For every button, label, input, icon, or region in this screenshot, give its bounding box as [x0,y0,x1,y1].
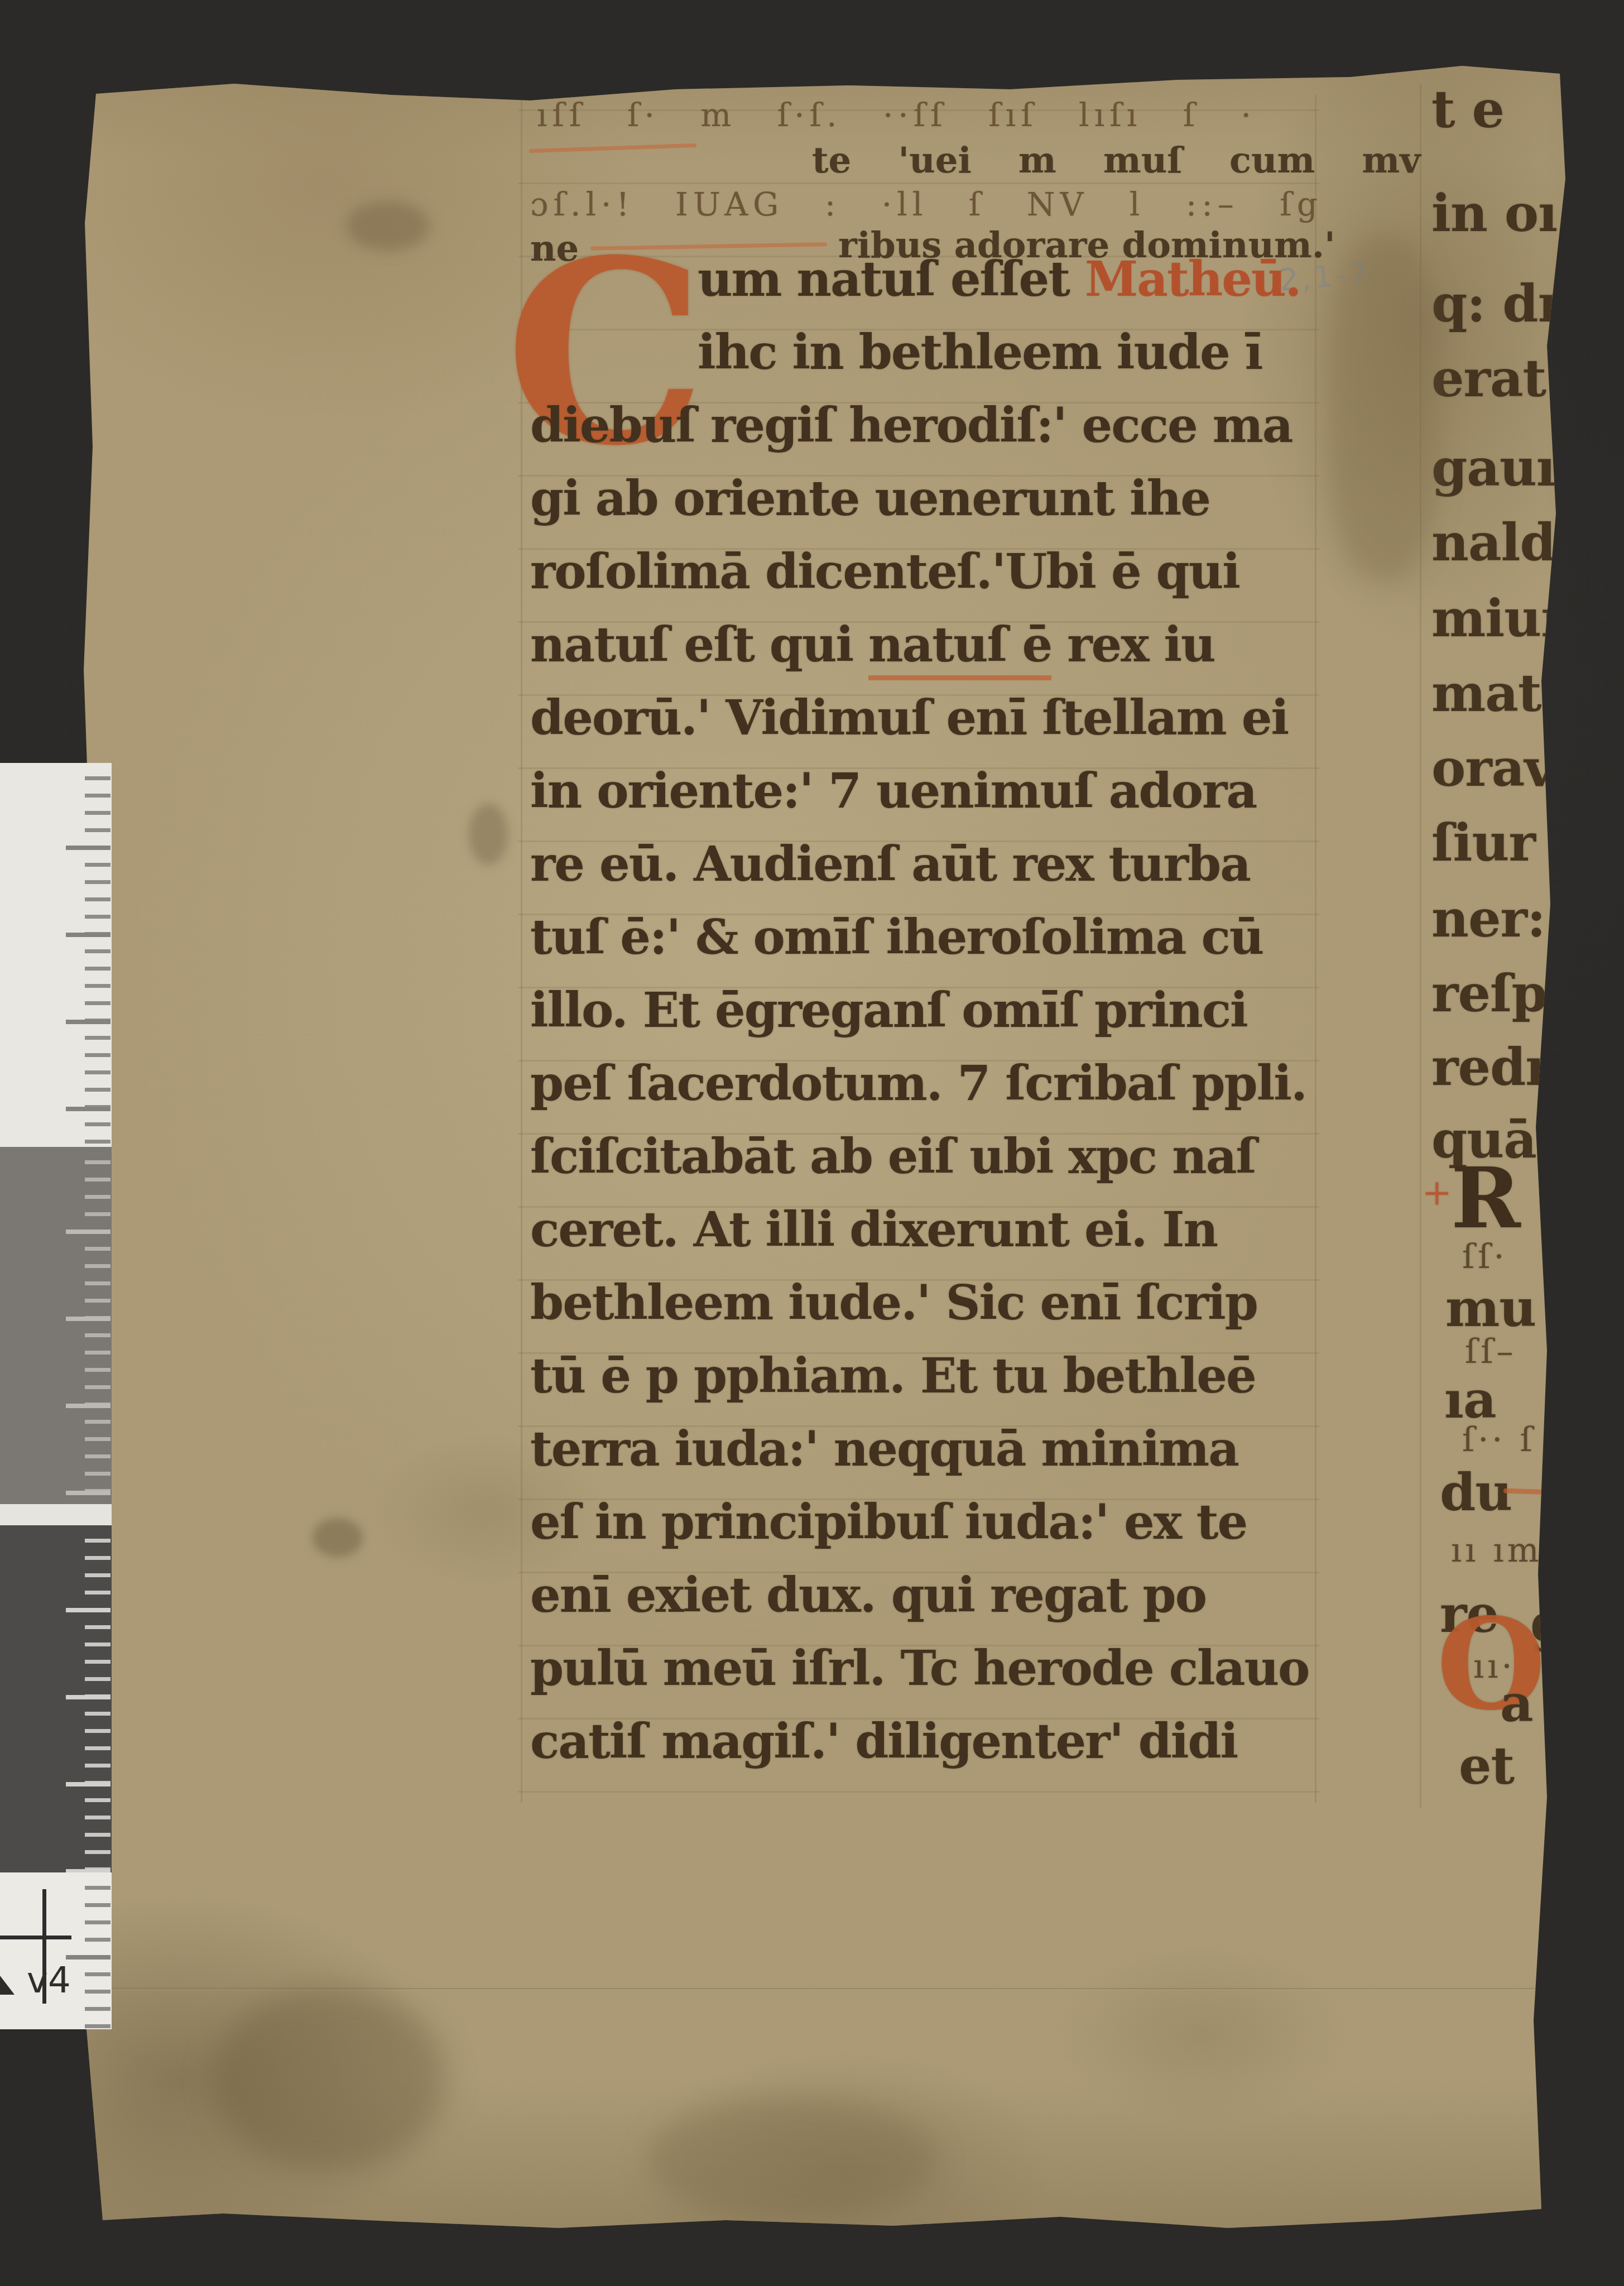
ruling-vertical-column2 [1420,84,1421,1808]
column-fragment: ıı ım [1451,1534,1543,1567]
column-fragment: ner: [1431,893,1545,944]
stain-spot [313,1518,363,1557]
text-line-segment: um natuſ eſſet [698,251,1085,308]
ruler-divider [0,1504,112,1525]
text-line: catiſ magiſ.' diligenter' didi [530,1718,1237,1766]
column-fragment: mat [1431,667,1541,719]
ruler-band-white-bottom [0,1872,112,2029]
text-line: terra iuda:' neqquā minima [530,1425,1238,1473]
column-fragment: ſſ· [1462,1240,1508,1274]
text-line-segment: terra iuda:' neqquā minima [530,1421,1238,1477]
text-line-segment: roſolimā dicenteſ.'Ubi ē qui [530,544,1239,600]
text-line-segment: tuſ ē:' & omīſ iheroſolima cū [530,909,1263,966]
red-staff-line-1 [529,143,696,153]
column-fragment: redı [1431,1041,1544,1093]
text-line-segment: natuſ eſt qui [530,617,868,673]
horizontal-crease [84,1988,1543,1990]
text-line: gi ab oriente uenerunt ihe [530,475,1210,523]
ruler-band-darkgray [0,1525,112,1872]
text-line: um natuſ eſſet Matheū. [698,256,1300,304]
ruler-major-ticks [66,1872,110,2029]
column-fragment: miuı [1431,593,1560,644]
text-line: bethleem iude.' Sic enī ſcrip [530,1279,1257,1327]
text-line: diebuſ regiſ herodiſ:' ecce ma [530,402,1292,450]
ruled-line [518,1791,1319,1793]
neume-line-1: ıſſ ſ· m ſ·ſ. ··ſſ ſıſ lıſı ſ · [537,96,1256,134]
text-line: ſciſcitabāt ab eiſ ubi xpc naſ [530,1133,1255,1181]
stain-patch [212,1987,446,2171]
text-line-segment: diebuſ regiſ herodiſ:' ecce ma [530,397,1292,454]
column-fragment: ſiur [1431,817,1535,868]
text-line-segment: tū ē p pphiam. Et tu bethleē [530,1348,1256,1404]
column-fragment: q: dı [1431,278,1557,329]
ruler-major-ticks [66,1147,110,1504]
text-line-segment: ſciſcitabāt ab eiſ ubi xpc naſ [530,1128,1255,1185]
responsory-initial-R: R [1451,1156,1520,1240]
stain-patch [647,2098,938,2221]
text-line-segment: deorū.' Vidimuſ enī ſtellam ei [530,690,1288,746]
rubric-heading: Matheū. [1085,251,1300,308]
column-fragment: a u [1500,1678,1587,1729]
manuscript-leaf: ıſſ ſ· m ſ·ſ. ··ſſ ſıſ lıſı ſ · te 'uei … [0,0,1624,2286]
photo-backdrop: ıſſ ſ· m ſ·ſ. ··ſſ ſıſ lıſı ſ · te 'uei … [0,0,1624,2286]
ruler-major-ticks [66,1525,110,1872]
text-line: in oriente:' 7 uenimuſ adora [530,767,1256,815]
ruled-line [518,183,1319,184]
text-line: enī exiet dux. qui regat po [530,1572,1206,1620]
text-line: tū ē p pphiam. Et tu bethleē [530,1352,1256,1400]
registration-crosshair-horizontal [0,1936,71,1939]
text-line-segment: ceret. At illi dixerunt ei. In [530,1202,1217,1258]
text-line: tuſ ē:' & omīſ iheroſolima cū [530,914,1263,962]
column-fragment: in oı [1431,188,1557,239]
column-fragment: t e [1431,84,1504,135]
ruler-version-label: v4 [27,1960,71,2001]
chant-text-line-1: te 'uei m muſ cum mv [812,140,1420,181]
text-line-segment: pulū meū iſrl. Tc herode clauo [530,1640,1309,1697]
text-line-segment: gi ab oriente uenerunt ihe [530,470,1210,527]
text-line-segment: illo. Et ēgreganſ omīſ princi [530,982,1247,1039]
column-fragment: orav [1431,742,1554,794]
text-line: ihc in bethleem iude ī [698,329,1262,377]
column-fragment: nald [1431,517,1555,568]
ruler-major-ticks [66,763,110,1147]
column-fragment: ıa [1444,1374,1496,1425]
red-rubric-mark: + [1422,1175,1452,1211]
text-line-segment: re eū. Audienſ aūt rex turba [530,836,1250,892]
text-line: deorū.' Vidimuſ enī ſtellam ei [530,694,1288,742]
text-line-segment: rex iu [1051,617,1214,673]
text-line: roſolimā dicenteſ.'Ubi ē qui [530,548,1239,596]
text-line-segment: bethleem iude.' Sic enī ſcrip [530,1275,1257,1331]
text-line: pulū meū iſrl. Tc herode clauo [530,1645,1309,1693]
text-line-segment: enī exiet dux. qui regat po [530,1567,1206,1624]
column-fragment: ſſ– [1465,1335,1516,1368]
column-fragment: reſp [1431,968,1547,1019]
stain-spot [469,804,508,865]
ruler-band-gray [0,1147,112,1504]
text-line-segment: peſ ſacerdotum. 7 ſcribaſ ppli. [530,1055,1306,1112]
text-line: peſ ſacerdotum. 7 ſcribaſ ppli. [530,1060,1306,1108]
column-fragment: mu [1445,1283,1536,1334]
text-line-segment: ihc in bethleem iude ī [698,324,1262,381]
stain-spot [346,201,430,251]
text-line-segment: catiſ magiſ.' diligenter' didi [530,1713,1237,1770]
column-fragment: erat [1431,353,1546,404]
red-underlined-text: natuſ ē [868,617,1051,680]
text-line: natuſ eſt qui natuſ ē rex iu [530,621,1215,669]
text-line: eſ in principibuſ iuda:' ex te [530,1499,1247,1547]
column-fragment: ſ·· ſ [1462,1423,1536,1457]
column-fragment: et [1459,1740,1514,1792]
text-line-segment: eſ in principibuſ iuda:' ex te [530,1494,1247,1550]
text-line: ceret. At illi dixerunt ei. In [530,1206,1217,1254]
ruling-vertical-right [1315,95,1317,1803]
column-fragment: du [1440,1467,1512,1518]
ruler-band-white [0,763,112,1147]
text-line-segment: in oriente:' 7 uenimuſ adora [530,763,1256,819]
text-line: illo. Et ēgreganſ omīſ princi [530,987,1247,1035]
column-fragment: gauı [1431,442,1555,493]
text-line: re eū. Audienſ aūt rex turba [530,841,1250,889]
